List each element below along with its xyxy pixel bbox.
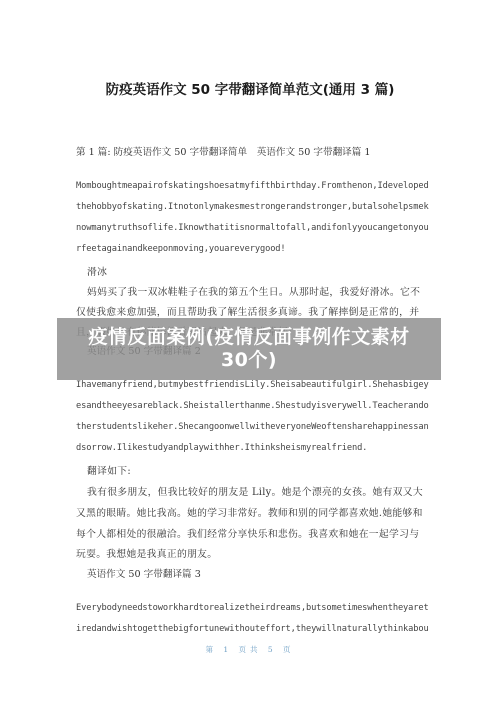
essay-1-cn-line: 妈妈买了我一双冰鞋鞋子在我的第五个生日。从那时起，我爱好滑冰。它不: [87, 284, 420, 298]
essay-1-en-line: nowmanytruthsoflife.Iknowthatitisnormalt…: [76, 223, 429, 233]
essay-2-en-line: therstudentslikeher.Shecangoonwellwithev…: [76, 422, 429, 432]
essay-2-en-line: dsorrow.Ilikestudyandplaywithher.Ithinks…: [76, 443, 367, 453]
essay-3-en-line: Everybodyneedstoworkhardtorealizetheirdr…: [76, 603, 429, 613]
essay-2-translation-label: 翻译如下:: [87, 463, 131, 477]
essay-2-en-line: Ihavemanyfriend,butmybestfriendisLily.Sh…: [76, 380, 429, 390]
essay-2-cn-line: 我有很多朋友，但我比较好的朋友是 Lily。她是个漂亮的女孩。她有双又大: [87, 484, 423, 498]
section-1-heading: 第 1 篇: 防疫英语作文 50 字带翻译简单 英语作文 50 字带翻译篇 1: [76, 144, 371, 158]
essay-1-en-line: thehobbyofskating.Itnotonlymakesmestrong…: [76, 202, 429, 212]
essay-2-cn-line: 又黑的眼睛。她比我高。她的学习非常好。教师和别的同学都喜欢她.她能够和: [76, 505, 423, 519]
essay-2-en-line: esandtheeyesareblack.Sheistallerthanme.S…: [76, 401, 429, 411]
overlay-title-line-1: 疫情反面案例(疫情反面事例作文素材: [88, 326, 409, 349]
document-title: 防疫英语作文 50 字带翻译简单范文(通用 3 篇): [0, 78, 500, 98]
essay-2-cn-line: 玩耍。我想她是我真正的朋友。: [76, 546, 217, 560]
section-3-heading: 英语作文 50 字带翻译篇 3: [87, 566, 201, 580]
overlay-title-line-2: 30个): [221, 349, 277, 372]
overlay-title-banner: 疫情反面案例(疫情反面事例作文素材 30个): [57, 318, 441, 380]
page-footer: 第 1 页共 5 页: [0, 644, 500, 655]
essay-2-cn-line: 每个人都相处的很融洽。我们经常分享快乐和悲伤。我喜欢和她在一起学习与: [76, 526, 419, 540]
essay-1-en-line: Momboughtmeapairofskatingshoesatmyfifthb…: [76, 181, 429, 191]
essay-1-cn-line: 仅使我愈来愈加强，而且帮助我了解生活很多真谛。我了解摔倒是正常的，并: [76, 304, 419, 318]
essay-1-en-line: rfeetagainandkeeponmoving,youareverygood…: [76, 244, 286, 254]
essay-3-en-line: iredandwishtogetthebigfortunewithouteffo…: [76, 624, 429, 634]
essay-1-cn-title: 滑冰: [87, 264, 107, 278]
